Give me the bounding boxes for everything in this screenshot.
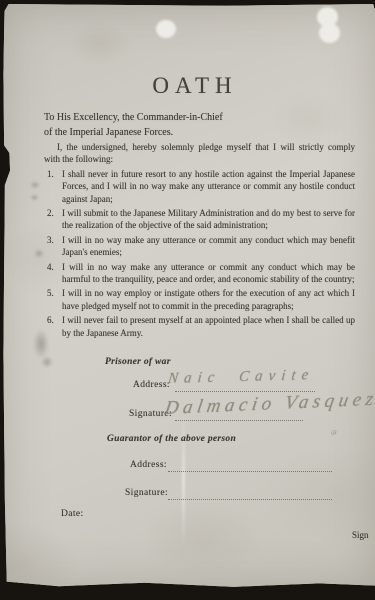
item-text: I will in no way make any utterance or c…	[62, 235, 355, 257]
item-number: 4.	[47, 261, 54, 273]
guarantor-heading: Guarantor of the above person	[107, 434, 236, 444]
prisoner-address-label: Address:	[133, 380, 170, 390]
prisoner-heading: Prisoner of war	[105, 357, 171, 367]
addressee-block: To His Excellency, the Commander-in-Chie…	[44, 110, 223, 140]
margin-smudge	[41, 356, 53, 368]
margin-smudge	[30, 181, 40, 189]
item-text: I shall never in future resort to any ho…	[62, 169, 355, 204]
addressee-line-2: of the Imperial Japanese Forces.	[44, 125, 223, 140]
oath-item-list: 1. I shall never in future resort to any…	[44, 168, 355, 339]
bright-spot	[319, 23, 340, 43]
handwritten-signature: Dalmacio Vasquez	[163, 389, 375, 420]
item-number: 3.	[47, 234, 54, 246]
bright-spot	[156, 20, 176, 38]
guarantor-address-line	[168, 460, 332, 472]
item-text: I will never fail to present myself at a…	[62, 315, 355, 337]
pledge-body: I, the undersigned, hereby solemnly pled…	[44, 141, 355, 339]
item-text: I will in no way make any utterance or c…	[62, 262, 355, 284]
oath-item-3: 3. I will in no way make any utterance o…	[44, 234, 355, 259]
oath-item-6: 6. I will never fail to present myself a…	[44, 314, 355, 339]
addressee-line-1: To His Excellency, the Commander-in-Chie…	[44, 110, 223, 125]
oath-item-4: 4. I will in no way make any utterance o…	[44, 261, 355, 286]
paper-crease	[182, 412, 185, 547]
oath-item-1: 1. I shall never in future resort to any…	[44, 168, 355, 205]
date-label: Date:	[61, 509, 84, 519]
pencil-mark: ဇ	[329, 425, 338, 442]
scanned-oath-document: { "doc": { "title": "OATH", "addressee":…	[0, 0, 375, 600]
guarantor-address-label: Address:	[130, 460, 167, 470]
pledge-intro-line-1: I, the undersigned, hereby solemnly pled…	[44, 141, 355, 153]
paper-sheet: OATH To His Excellency, the Commander-in…	[3, 4, 375, 588]
guarantor-signature-label: Signature:	[125, 488, 168, 498]
margin-smudge	[30, 194, 39, 201]
item-number: 2.	[47, 207, 54, 219]
item-text: I will in no way employ or instigate oth…	[62, 288, 355, 310]
guarantor-signature-line	[168, 488, 332, 500]
oath-item-2: 2. I will submit to the Japanese Militar…	[44, 207, 355, 232]
item-number: 6.	[47, 314, 54, 326]
oath-item-5: 5. I will in no way employ or instigate …	[44, 287, 355, 312]
item-text: I will submit to the Japanese Military A…	[62, 208, 355, 230]
pledge-intro-line-2: with the following:	[44, 153, 355, 165]
item-number: 1.	[47, 168, 54, 180]
page-edge-text: Sign	[352, 530, 369, 540]
item-number: 5.	[47, 287, 54, 299]
margin-smudge	[34, 249, 44, 258]
page-title: OATH	[9, 74, 375, 97]
